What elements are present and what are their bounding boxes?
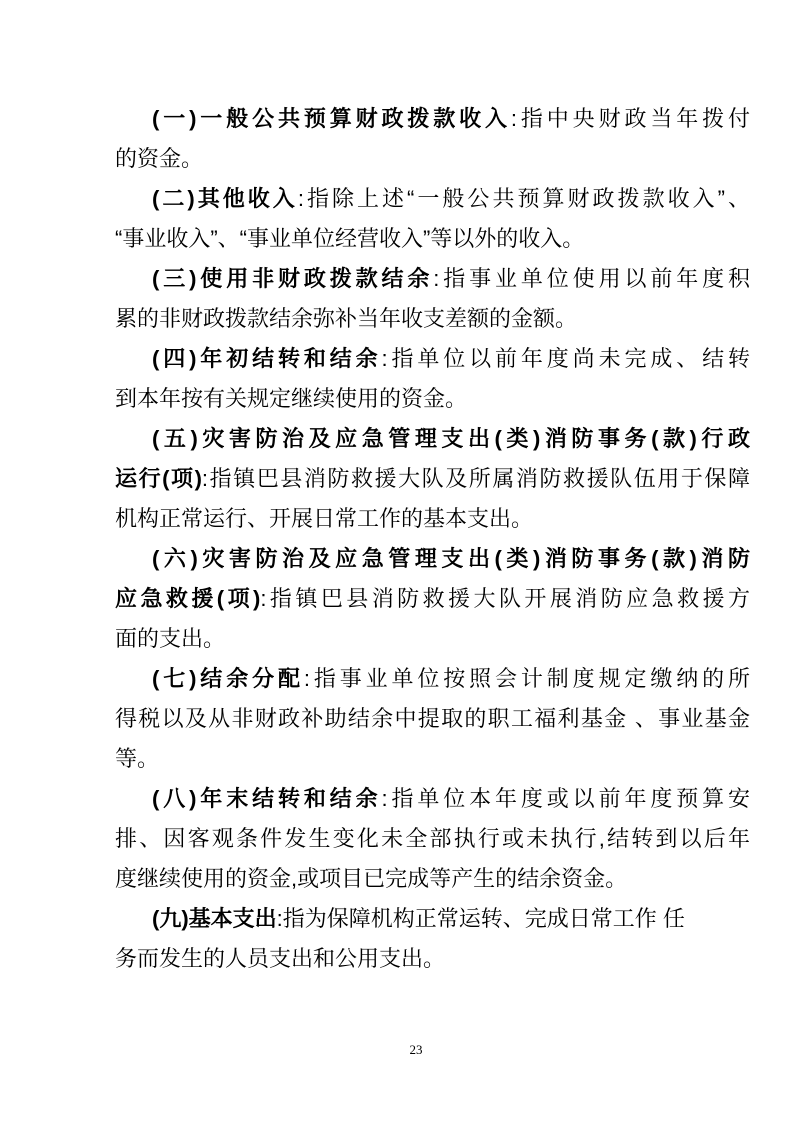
page-footer: 23 [0, 1041, 793, 1059]
definition-text: 的资金。 [115, 146, 203, 171]
definition-text: :指事业单位使用以前年度积 [433, 266, 750, 291]
text-line: (九)基本支出:指为保障机构正常运转、完成日常工作 任 [115, 899, 750, 939]
text-line: (四)年初结转和结余:指单位以前年度尚未完成、结转 [115, 339, 750, 379]
paragraph-definition-1: (一)一般公共预算财政拨款收入:指中央财政当年拨付的资金。 [115, 99, 750, 179]
definition-text: 面的支出。 [115, 626, 225, 651]
text-line: (七)结余分配:指事业单位按照会计制度规定缴纳的所 [115, 659, 750, 699]
text-line: 累的非财政拨款结余弥补当年收支差额的金额。 [115, 299, 750, 339]
text-line: (三)使用非财政拨款结余:指事业单位使用以前年度积 [115, 259, 750, 299]
text-line: 的资金。 [115, 139, 750, 179]
term-label: 运行(项) [115, 466, 202, 491]
definition-text: :指镇巴县消防救援大队及所属消防救援队伍用于保障 [202, 466, 750, 491]
text-line: 运行(项):指镇巴县消防救援大队及所属消防救援队伍用于保障 [115, 459, 750, 499]
term-label: 应急救援(项) [115, 586, 260, 611]
definition-text: 到本年按有关规定继续使用的资金。 [115, 386, 467, 411]
definition-text: :指镇巴县消防救援大队开展消防应急救援方 [260, 586, 750, 611]
term-label: (七)结余分配 [152, 666, 304, 691]
text-line: 度继续使用的资金,或项目已完成等产生的结余资金。 [115, 859, 750, 899]
definition-text: “事业收入”、“事业单位经营收入”等以外的收入。 [115, 226, 584, 251]
text-line: 务而发生的人员支出和公用支出。 [115, 939, 750, 979]
paragraph-definition-5: (五)灾害防治及应急管理支出(类)消防事务(款)行政运行(项):指镇巴县消防救援… [115, 419, 750, 539]
definition-text: :指事业单位按照会计制度规定缴纳的所 [304, 666, 750, 691]
text-line: (八)年末结转和结余:指单位本年度或以前年度预算安 [115, 779, 750, 819]
text-line: (一)一般公共预算财政拨款收入:指中央财政当年拨付 [115, 99, 750, 139]
paragraph-definition-6: (六)灾害防治及应急管理支出(类)消防事务(款)消防应急救援(项):指镇巴县消防… [115, 539, 750, 659]
paragraph-definition-9: (九)基本支出:指为保障机构正常运转、完成日常工作 任务而发生的人员支出和公用支… [115, 899, 750, 979]
text-line: (六)灾害防治及应急管理支出(类)消防事务(款)消防 [115, 539, 750, 579]
text-line: (二)其他收入:指除上述“一般公共预算财政拨款收入”、 [115, 179, 750, 219]
term-label: (四)年初结转和结余 [152, 346, 382, 371]
definition-text: 得税以及从非财政补助结余中提取的职工福利基金 、事业基金 [115, 706, 750, 731]
definition-text: :指单位以前年度尚未完成、结转 [382, 346, 751, 371]
term-label: (八)年末结转和结余 [152, 786, 382, 811]
text-line: 机构正常运行、开展日常工作的基本支出。 [115, 499, 750, 539]
text-line: 应急救援(项):指镇巴县消防救援大队开展消防应急救援方 [115, 579, 750, 619]
term-label: (三)使用非财政拨款结余 [152, 266, 433, 291]
term-label: (二)其他收入 [152, 186, 298, 211]
text-line: 等。 [115, 739, 750, 779]
page-number: 23 [410, 1042, 423, 1057]
text-line: 排、因客观条件发生变化未全部执行或未执行,结转到以后年 [115, 819, 750, 859]
term-label: (六)灾害防治及应急管理支出(类)消防事务(款)消防 [152, 546, 750, 571]
text-line: (五)灾害防治及应急管理支出(类)消防事务(款)行政 [115, 419, 750, 459]
text-line: “事业收入”、“事业单位经营收入”等以外的收入。 [115, 219, 750, 259]
paragraph-definition-3: (三)使用非财政拨款结余:指事业单位使用以前年度积累的非财政拨款结余弥补当年收支… [115, 259, 750, 339]
definition-text: 排、因客观条件发生变化未全部执行或未执行,结转到以后年 [115, 826, 750, 851]
document-page: (一)一般公共预算财政拨款收入:指中央财政当年拨付的资金。(二)其他收入:指除上… [0, 0, 793, 1122]
definition-text: 累的非财政拨款结余弥补当年收支差额的金额。 [115, 306, 577, 331]
definition-text: 等。 [115, 746, 159, 771]
definition-text: 机构正常运行、开展日常工作的基本支出。 [115, 506, 533, 531]
document-body: (一)一般公共预算财政拨款收入:指中央财政当年拨付的资金。(二)其他收入:指除上… [115, 99, 750, 979]
definition-text: 务而发生的人员支出和公用支出。 [115, 946, 445, 971]
definition-text: 度继续使用的资金,或项目已完成等产生的结余资金。 [115, 866, 627, 891]
paragraph-definition-4: (四)年初结转和结余:指单位以前年度尚未完成、结转到本年按有关规定继续使用的资金… [115, 339, 750, 419]
paragraph-definition-7: (七)结余分配:指事业单位按照会计制度规定缴纳的所得税以及从非财政补助结余中提取… [115, 659, 750, 779]
term-label: (九)基本支出 [152, 906, 277, 931]
definition-text: :指中央财政当年拨付 [511, 106, 750, 131]
definition-text: :指单位本年度或以前年度预算安 [382, 786, 751, 811]
definition-text: :指除上述“一般公共预算财政拨款收入”、 [298, 186, 750, 211]
text-line: 到本年按有关规定继续使用的资金。 [115, 379, 750, 419]
text-line: 面的支出。 [115, 619, 750, 659]
paragraph-definition-2: (二)其他收入:指除上述“一般公共预算财政拨款收入”、“事业收入”、“事业单位经… [115, 179, 750, 259]
text-line: 得税以及从非财政补助结余中提取的职工福利基金 、事业基金 [115, 699, 750, 739]
definition-text: :指为保障机构正常运转、完成日常工作 任 [277, 906, 685, 931]
term-label: (一)一般公共预算财政拨款收入 [152, 106, 511, 131]
term-label: (五)灾害防治及应急管理支出(类)消防事务(款)行政 [152, 426, 750, 451]
paragraph-definition-8: (八)年末结转和结余:指单位本年度或以前年度预算安排、因客观条件发生变化未全部执… [115, 779, 750, 899]
